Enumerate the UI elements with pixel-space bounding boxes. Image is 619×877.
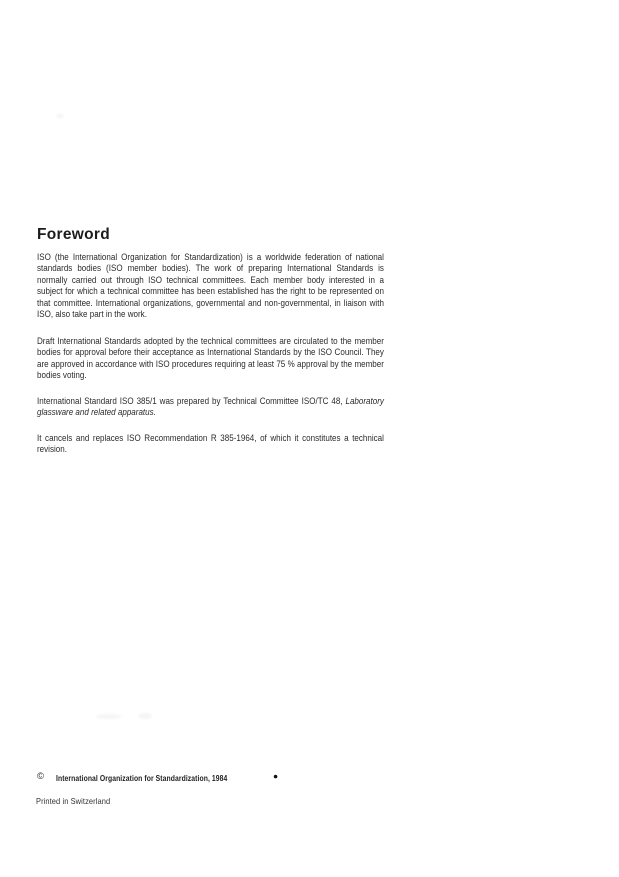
copyright-notice: International Organization for Standardi…: [56, 773, 227, 783]
paragraph-cancels-replaces: It cancels and replaces ISO Recommendati…: [37, 433, 384, 456]
scan-artifact: [96, 714, 122, 719]
document-page: Foreword ISO (the International Organiza…: [0, 0, 619, 877]
paragraph-iso-federation: ISO (the International Organization for …: [37, 252, 384, 320]
foreword-heading: Foreword: [37, 226, 110, 244]
paragraph-prepared-by: International Standard ISO 385/1 was pre…: [37, 396, 384, 419]
bullet-icon: ●: [273, 771, 278, 781]
paragraph-prepared-by-text: International Standard ISO 385/1 was pre…: [37, 396, 345, 407]
paragraph-draft-standards: Draft International Standards adopted by…: [37, 336, 384, 382]
copyright-icon: ©: [37, 771, 44, 782]
printed-in-text: Printed in Switzerland: [36, 796, 110, 806]
scan-artifact: [56, 114, 64, 118]
scan-artifact: [138, 713, 152, 719]
